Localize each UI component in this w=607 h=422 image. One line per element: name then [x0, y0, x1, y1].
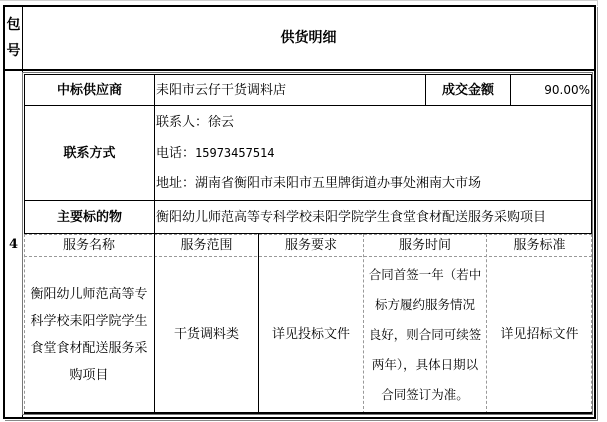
service-time-line: 标方履约服务情况 [375, 290, 475, 320]
service-name-line: 购项目 [69, 362, 108, 389]
service-time-line: 合同首签一年（若中 [369, 260, 482, 290]
contact-info: 联系人：徐云 电话：15973457514 地址：湖南省衡阳市耒阳市五里牌街道办… [154, 105, 592, 201]
package-header-char-2: 号 [7, 38, 21, 64]
contact-phone: 15973457514 [195, 146, 274, 160]
service-name-line: 科学校耒阳学院学生 [30, 308, 147, 335]
service-name-line: 食堂食材配送服务采 [30, 335, 147, 362]
amount-value: 90.00% [510, 74, 592, 106]
table-title: 供货明细 [23, 7, 594, 69]
contact-label: 联系方式 [24, 105, 155, 201]
services-header-name: 服务名称 [24, 234, 154, 256]
contact-address: 湖南省衡阳市耒阳市五里牌街道办事处湘南大市场 [195, 176, 481, 191]
service-name: 衡阳幼儿师范高等专 科学校耒阳学院学生 食堂食材配送服务采 购项目 [24, 257, 154, 412]
subject-label: 主要标的物 [24, 200, 155, 234]
contact-address-line: 地址：湖南省衡阳市耒阳市五里牌街道办事处湘南大市场 [156, 169, 481, 199]
services-header-standard: 服务标准 [487, 234, 592, 256]
service-time-line: 良好，则合同可续签 [369, 320, 482, 350]
services-header-requirement: 服务要求 [259, 234, 363, 256]
contact-person-line: 联系人：徐云 [156, 108, 234, 138]
subject-value: 衡阳幼儿师范高等专科学校耒阳学院学生食堂食材配送服务采购项目 [154, 200, 592, 234]
header-divider [5, 69, 594, 71]
package-number-header: 包 号 [5, 7, 22, 69]
service-name-line: 衡阳幼儿师范高等专 [30, 281, 147, 308]
contact-address-label: 地址： [156, 176, 195, 191]
contact-person-label: 联系人： [156, 115, 208, 130]
page-right-edge [597, 0, 598, 6]
package-number: 4 [5, 71, 22, 417]
package-header-char-1: 包 [7, 12, 21, 38]
contact-phone-label: 电话： [156, 146, 195, 161]
services-header-scope: 服务范围 [155, 234, 258, 256]
service-standard: 详见招标文件 [487, 257, 592, 412]
service-requirement: 详见投标文件 [259, 257, 363, 412]
supplier-value: 耒阳市云仔干货调料店 [154, 74, 426, 106]
service-scope: 干货调料类 [155, 257, 258, 412]
contact-person: 徐云 [208, 115, 234, 130]
supplier-label: 中标供应商 [24, 74, 155, 106]
service-time-line: 合同签订为准。 [381, 380, 469, 410]
amount-label: 成交金额 [425, 74, 511, 106]
contact-phone-line: 电话：15973457514 [156, 138, 275, 169]
service-time: 合同首签一年（若中 标方履约服务情况 良好，则合同可续签 两年），具体日期以 合… [364, 257, 486, 412]
services-bottom-border [24, 412, 592, 414]
services-header-time: 服务时间 [364, 234, 486, 256]
service-time-line: 两年），具体日期以 [372, 350, 478, 380]
page-top-edge [0, 0, 597, 2]
